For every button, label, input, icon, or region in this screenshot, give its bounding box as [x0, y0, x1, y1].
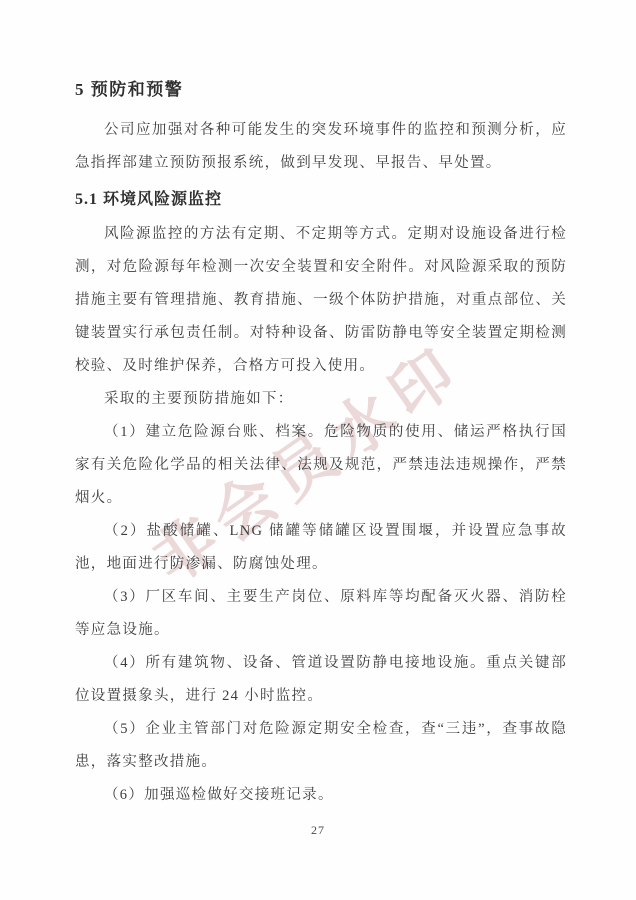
page-number: 27: [0, 823, 636, 838]
measure-item-2: （2）盐酸储罐、LNG 储罐等储罐区设置围堰，并设置应急事故池，地面进行防渗漏、…: [75, 515, 567, 581]
page-content: 5 预防和预警 公司应加强对各种可能发生的突发环境事件的监控和预测分析，应急指挥…: [75, 78, 567, 812]
paragraph-intro: 公司应加强对各种可能发生的突发环境事件的监控和预测分析，应急指挥部建立预防预报系…: [75, 114, 567, 180]
measure-item-1: （1）建立危险源台账、档案。危险物质的使用、储运严格执行国家有关危险化学品的相关…: [75, 416, 567, 515]
paragraph-measures-intro: 采取的主要预防措施如下：: [75, 383, 567, 416]
document-page: 非会员水印 5 预防和预警 公司应加强对各种可能发生的突发环境事件的监控和预测分…: [0, 0, 636, 900]
heading-section-5: 5 预防和预警: [75, 78, 567, 102]
measure-item-6: （6）加强巡检做好交接班记录。: [75, 779, 567, 812]
measure-item-5: （5）企业主管部门对危险源定期安全检查，查“三违”，查事故隐患，落实整改措施。: [75, 713, 567, 779]
measure-item-3: （3）厂区车间、主要生产岗位、原料库等均配备灭火器、消防栓等应急设施。: [75, 581, 567, 647]
paragraph-risk-monitoring: 风险源监控的方法有定期、不定期等方式。定期对设施设备进行检测，对危险源每年检测一…: [75, 218, 567, 383]
measure-item-4: （4）所有建筑物、设备、管道设置防静电接地设施。重点关键部位设置摄象头，进行 2…: [75, 647, 567, 713]
heading-section-5-1: 5.1 环境风险源监控: [75, 186, 567, 214]
